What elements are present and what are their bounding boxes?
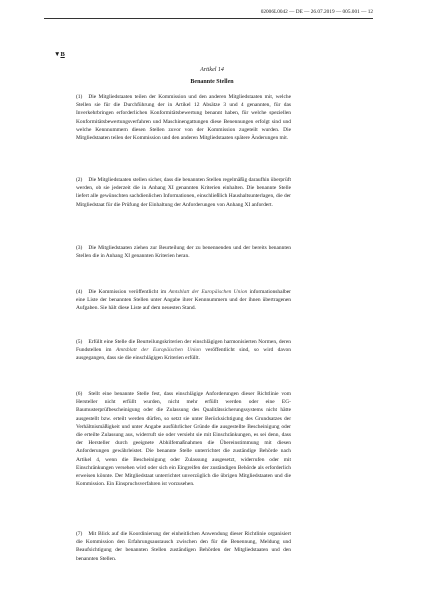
- article-number: Artikel 14: [0, 67, 424, 73]
- paragraph-number: (3): [76, 245, 82, 251]
- document-reference: 02006L0042 — DE — 26.07.2019 — 005.001 —…: [261, 9, 373, 16]
- paragraph-3: (3)Die Mitgliedstaaten ziehen zur Beurte…: [76, 244, 291, 260]
- paragraph-number: (6): [76, 391, 82, 397]
- paragraph-number: (7): [76, 531, 82, 537]
- paragraph-number: (5): [76, 339, 82, 345]
- paragraph-6: (6)Stellt eine benannte Stelle fest, das…: [76, 390, 291, 488]
- paragraph-text: Stellt eine benannte Stelle fest, dass e…: [76, 391, 291, 487]
- paragraph-number: (1): [76, 94, 82, 100]
- paragraph-4: (4)Die Kommission veröffentlicht im Amts…: [76, 288, 291, 313]
- paragraph-7: (7)Mit Blick auf die Koordinierung der e…: [76, 530, 291, 563]
- paragraph-text: Die Kommission veröffentlicht im: [88, 289, 168, 295]
- paragraph-number: (4): [76, 289, 82, 295]
- journal-reference: Amtsblatt der Europäischen Union: [169, 289, 248, 295]
- paragraph-5: (5)Erfüllt eine Stelle die Beurteilungsk…: [76, 338, 291, 363]
- journal-reference: Amtsblatt der Europäischen Union: [116, 347, 201, 353]
- paragraph-1: (1)Die Mitgliedstaaten teilen der Kommis…: [76, 93, 291, 142]
- page-header: 02006L0042 — DE — 26.07.2019 — 005.001 —…: [44, 9, 373, 19]
- paragraph-text: Die Mitgliedstaaten ziehen zur Beurteilu…: [76, 245, 291, 259]
- paragraph-number: (2): [76, 177, 82, 183]
- version-marker: ▼B: [54, 51, 65, 58]
- article-title: Benannte Stellen: [0, 79, 424, 85]
- paragraph-2: (2)Die Mitgliedstaaten stellen sicher, d…: [76, 176, 291, 209]
- paragraph-text: Mit Blick auf die Koordinierung der einh…: [76, 531, 291, 562]
- paragraph-text: Die Mitgliedstaaten teilen der Kommissio…: [76, 94, 291, 141]
- paragraph-text: Die Mitgliedstaaten stellen sicher, dass…: [76, 177, 291, 208]
- marker-label: B: [60, 51, 64, 58]
